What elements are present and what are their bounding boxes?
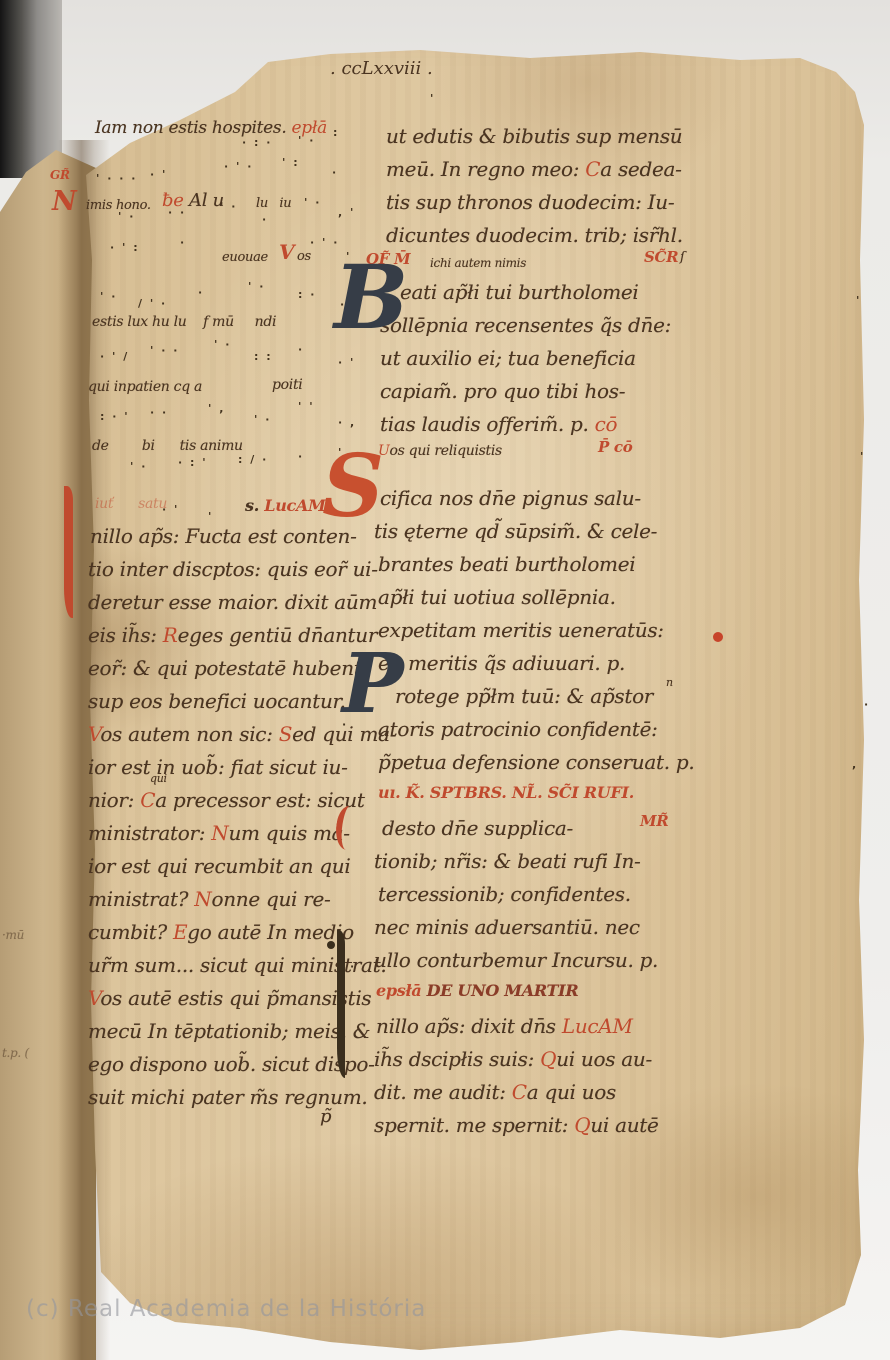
text-line: s. LucAM bbox=[245, 496, 326, 515]
text-line: ih̃s dscipłis suis: Qui uos au- bbox=[374, 1047, 652, 1071]
text-segment: dicuntes duodecim. trib; isr̃hl. bbox=[386, 223, 683, 247]
text-line: SC̃R bbox=[644, 248, 678, 266]
text-segment: epłā bbox=[292, 118, 327, 138]
text-line: ministrator: Num quis ma- bbox=[88, 821, 350, 845]
text-line: tercessionib; confidentes. bbox=[378, 882, 631, 906]
text-line: ichi autem nimis bbox=[430, 256, 526, 270]
neume-cluster: · ' : bbox=[110, 241, 140, 254]
text-line: GR̃ bbox=[50, 168, 70, 182]
text-segment: p̃petua defensione conseruat. p. bbox=[378, 750, 694, 774]
neume-cluster: · ' bbox=[150, 168, 167, 181]
text-segment: ior est qui recumbit an qui bbox=[88, 854, 350, 878]
text-line: P̄ cō bbox=[598, 438, 632, 456]
text-segment: cumbit? bbox=[88, 920, 173, 944]
neume-cluster: · bbox=[198, 286, 204, 299]
text-line: Iam non estis hospites. epłā bbox=[95, 118, 327, 138]
text-line: Vos autē estis qui p̃mansistis bbox=[88, 986, 371, 1010]
text-line: deretur esse maior. dixit aūm bbox=[88, 590, 377, 614]
text-segment: estis lux hu lu f mū ndi bbox=[92, 314, 276, 330]
text-segment: tercessionib; confidentes. bbox=[378, 882, 631, 906]
text-segment: eis ih̃s: bbox=[88, 623, 163, 647]
text-segment: nillo ap̃s: dixit dn̄s bbox=[376, 1014, 562, 1038]
text-segment: V bbox=[88, 986, 100, 1010]
text-line: eor̃: & qui potestatē hubent bbox=[88, 656, 362, 680]
text-line: MR̃ bbox=[640, 812, 668, 830]
initial-I-dark-dot bbox=[327, 941, 335, 949]
text-segment: nec minis aduersantiū. nec bbox=[374, 915, 640, 939]
text-segment: Al u bbox=[189, 190, 224, 211]
text-segment: imis hono. bbox=[86, 198, 155, 213]
text-line: qui inpatien cq a bbox=[88, 379, 202, 395]
neume-cluster: ' ' bbox=[298, 400, 315, 413]
neume-cluster: ' bbox=[430, 92, 435, 105]
text-segment: ministrator: bbox=[88, 821, 211, 845]
text-segment: ƀe bbox=[162, 190, 189, 211]
neume-cluster: · : ' bbox=[178, 456, 208, 469]
text-line: euouae bbox=[222, 250, 268, 265]
text-segment: iuť satu bbox=[95, 496, 167, 512]
text-line: expetitam meritis ueneratūs: bbox=[378, 618, 664, 642]
text-segment: Q bbox=[540, 1047, 556, 1071]
text-line: ego dispono uob̃. sicut dispo- bbox=[88, 1052, 375, 1076]
text-segment: tis sup thronos duodecim: Iu- bbox=[386, 190, 674, 214]
text-segment: ut auxilio ei; tua beneficia bbox=[380, 346, 636, 370]
text-segment: C bbox=[585, 157, 600, 181]
text-segment: nior: bbox=[88, 788, 140, 812]
text-line: tionib; nr̃is: & beati rufi In- bbox=[374, 849, 641, 873]
text-line: eati ap̃łi tui burtholomei bbox=[400, 280, 639, 304]
neume-cluster: · · bbox=[150, 406, 168, 419]
text-segment: tio inter discptos: quis eor̃ ui- bbox=[88, 557, 378, 581]
neume-cluster: · bbox=[180, 236, 186, 249]
text-segment: N bbox=[211, 821, 228, 845]
text-line: atoris patrocinio confidentē: bbox=[378, 717, 658, 741]
text-line: nillo ap̃s: Fucta est conten- bbox=[90, 524, 357, 548]
text-segment: P̄ cō bbox=[598, 438, 632, 456]
text-line: estis lux hu lu f mū ndi bbox=[92, 314, 276, 330]
text-line: n bbox=[666, 676, 673, 689]
text-line: sup eos benefici uocantur. · bbox=[88, 689, 358, 713]
text-line: nior: Ca precessor est: sicut bbox=[88, 788, 365, 812]
text-line: eis ih̃s: Reges gentiū dn̄antur bbox=[88, 623, 377, 647]
text-segment: n bbox=[666, 676, 673, 689]
neume-cluster: · ' · bbox=[224, 160, 253, 173]
text-segment: expetitam meritis ueneratūs: bbox=[378, 618, 664, 642]
neume-cluster: ' · bbox=[214, 338, 231, 351]
text-segment: nillo ap̃s: Fucta est conten- bbox=[90, 524, 357, 548]
text-line: iuť satu bbox=[95, 496, 167, 512]
text-line: ior est qui recumbit an qui bbox=[88, 854, 350, 878]
text-segment: N bbox=[194, 887, 211, 911]
text-segment: cifica nos dn̄e pignus salu- bbox=[380, 486, 641, 510]
text-segment: DE UNO MARTIR bbox=[427, 981, 579, 1000]
text-line: p̃ bbox=[320, 1106, 331, 1127]
text-segment: ior est in uob̃: fiat sicut iu- bbox=[88, 755, 348, 779]
text-segment: s. bbox=[245, 496, 264, 515]
neume-cluster: : / · bbox=[238, 453, 268, 466]
text-segment: ſ bbox=[680, 250, 685, 265]
text-segment: V bbox=[279, 240, 294, 264]
text-segment: Iam non estis hospites. bbox=[95, 118, 292, 138]
text-segment: tis ęterne qd̃ sūpsim̃. & cele- bbox=[374, 519, 657, 543]
text-segment: GR̃ bbox=[50, 168, 70, 182]
text-line: qui bbox=[150, 772, 167, 785]
neume-cluster: ' bbox=[208, 510, 213, 523]
text-segment: tionib; nr̃is: & beati rufi In- bbox=[374, 849, 641, 873]
text-line: tio inter discptos: quis eor̃ ui- bbox=[88, 557, 378, 581]
text-segment: LucAM bbox=[264, 496, 325, 515]
text-segment: C bbox=[140, 788, 155, 812]
text-segment: os autem non sic: bbox=[100, 722, 278, 746]
neume-cluster: ' · bbox=[130, 460, 147, 473]
neume-cluster: ' · · bbox=[150, 344, 179, 357]
text-segment: os bbox=[297, 249, 311, 264]
neume-cluster: ' · · · bbox=[96, 172, 137, 185]
text-segment: SC̃R bbox=[644, 248, 678, 266]
text-line: sollēpnia recensentes q̃s dn̄e: bbox=[380, 313, 671, 337]
neume-cluster: ' bbox=[860, 450, 865, 463]
text-segment: ichi autem nimis bbox=[430, 256, 526, 270]
neume-cluster: ' · bbox=[248, 280, 265, 293]
text-segment: cō bbox=[595, 412, 618, 436]
text-line: ſ bbox=[680, 250, 685, 265]
text-segment: de bi tis animu bbox=[92, 438, 243, 454]
text-segment: Q bbox=[574, 1113, 590, 1137]
text-line: desto dn̄e supplica- bbox=[382, 816, 573, 840]
neume-cluster: ' · bbox=[100, 290, 117, 303]
text-segment: ih̃s dscipłis suis: bbox=[374, 1047, 540, 1071]
neume-cluster: · bbox=[864, 698, 870, 711]
text-segment: dit. me audit: bbox=[374, 1080, 512, 1104]
text-segment: desto dn̄e supplica- bbox=[382, 816, 573, 840]
neume-cluster: / ' · bbox=[138, 297, 167, 310]
text-line: ·mū bbox=[2, 928, 24, 942]
text-segment: meū. In regno meo: bbox=[386, 157, 585, 181]
text-segment: LucAM bbox=[562, 1014, 633, 1038]
neume-cluster: ' · bbox=[254, 413, 271, 426]
neume-cluster: · ' / bbox=[100, 350, 129, 363]
text-line: t.p. ( bbox=[2, 1046, 29, 1060]
neume-cluster: · bbox=[298, 450, 304, 463]
text-segment: mecū In tēptationib; meis. & bbox=[88, 1019, 370, 1043]
text-line: ut edutis & bibutis sup mensū bbox=[386, 124, 682, 148]
text-segment: rotege pp̃łm tuū: & ap̃stor bbox=[395, 684, 653, 708]
text-line: imis hono. bbox=[86, 198, 155, 213]
neume-cluster: : · bbox=[298, 288, 316, 301]
text-line: dit. me audit: Ca qui uos bbox=[374, 1080, 616, 1104]
text-segment: spernit. me spernit: bbox=[374, 1113, 574, 1137]
text-segment: atoris patrocinio confidentē: bbox=[378, 717, 658, 741]
text-line: cifica nos dn̄e pignus salu- bbox=[380, 486, 641, 510]
text-line: ministrat? Nonne qui re- bbox=[88, 887, 330, 911]
initial-P-dark: P bbox=[342, 648, 404, 722]
text-segment: poiti bbox=[272, 377, 302, 393]
text-segment: epsłā bbox=[376, 981, 427, 1000]
text-segment: R bbox=[163, 623, 178, 647]
text-segment: qui inpatien cq a bbox=[88, 379, 202, 395]
text-segment: p̃ bbox=[320, 1106, 331, 1127]
text-segment: ei; meritis q̃s adiuuari. p. bbox=[378, 651, 625, 675]
text-segment: euouae bbox=[222, 250, 268, 265]
neume-cluster: ' : bbox=[282, 156, 300, 169]
text-segment: ullo conturbemur Incursu. p. bbox=[374, 948, 658, 972]
neume-cluster: , ' bbox=[338, 206, 355, 219]
neume-cluster: · bbox=[262, 213, 268, 226]
neume-cluster: · , bbox=[338, 416, 356, 429]
text-segment: N bbox=[52, 186, 76, 217]
text-segment: capiam̃. pro quo tibi hos- bbox=[380, 379, 625, 403]
text-segment: ui uos au- bbox=[556, 1047, 652, 1071]
text-line: uı. K̃. SPTBRS. NL̃. SC̃I RUFI. bbox=[378, 783, 634, 802]
text-line: brantes beati burtholomei bbox=[378, 552, 635, 576]
text-segment: os qui reliquistis bbox=[390, 443, 502, 459]
text-segment: sup eos benefici uocantur. · bbox=[88, 689, 358, 713]
text-line: dicuntes duodecim. trib; isr̃hl. bbox=[386, 223, 683, 247]
text-line: poiti bbox=[272, 377, 302, 393]
facing-page-edge bbox=[0, 0, 96, 1360]
text-line: rotege pp̃łm tuū: & ap̃stor bbox=[395, 684, 653, 708]
text-segment: ap̃łi tui uotiua sollēpnia. bbox=[378, 585, 616, 609]
text-line: nillo ap̃s: dixit dn̄s LucAM bbox=[376, 1014, 633, 1038]
text-line: epsłā DE UNO MARTIR bbox=[376, 981, 578, 1000]
neume-cluster: · bbox=[332, 166, 338, 179]
neume-cluster: · bbox=[298, 343, 304, 356]
neume-cluster: ' · bbox=[304, 196, 321, 209]
text-segment: qui bbox=[150, 772, 167, 785]
text-segment: eati ap̃łi tui burtholomei bbox=[400, 280, 639, 304]
text-line: ap̃łi tui uotiua sollēpnia. bbox=[378, 585, 616, 609]
text-segment: V bbox=[88, 722, 100, 746]
manuscript-photo: · : ·' ·:' · · ·· '· ' ·' :·' ·· ·' ··' … bbox=[0, 0, 890, 1360]
text-segment: E bbox=[173, 920, 187, 944]
text-segment: C bbox=[512, 1080, 527, 1104]
neume-cluster: ' bbox=[856, 294, 861, 307]
neume-cluster: : : bbox=[254, 350, 273, 363]
text-line: cumbit? Ego autē In medio bbox=[88, 920, 354, 944]
folio-number: . ccLxxviii . bbox=[330, 58, 433, 79]
text-segment: a precessor est: sicut bbox=[155, 788, 364, 812]
text-line: ullo conturbemur Incursu. p. bbox=[374, 948, 658, 972]
text-segment: ·mū bbox=[2, 928, 24, 942]
text-segment: onne qui re- bbox=[211, 887, 330, 911]
text-segment: ut edutis & bibutis sup mensū bbox=[386, 124, 682, 148]
text-segment: brantes beati burtholomei bbox=[378, 552, 635, 576]
text-segment: lu iu bbox=[256, 196, 291, 211]
initial-I-red bbox=[64, 486, 73, 618]
text-line: os bbox=[297, 249, 311, 264]
neume-cluster: ' , bbox=[208, 402, 225, 415]
text-line: ut auxilio ei; tua beneficia bbox=[380, 346, 636, 370]
text-segment: ui autē bbox=[590, 1113, 658, 1137]
text-segment: deretur esse maior. dixit aūm bbox=[88, 590, 377, 614]
text-line: ei; meritis q̃s adiuuari. p. bbox=[378, 651, 625, 675]
initial-I-dark bbox=[337, 930, 345, 1078]
text-line: p̃petua defensione conseruat. p. bbox=[378, 750, 694, 774]
neume-cluster: · ' bbox=[338, 356, 355, 369]
text-segment: MR̃ bbox=[640, 812, 668, 830]
neume-cluster: : bbox=[333, 126, 339, 139]
text-line: ior est in uob̃: fiat sicut iu- bbox=[88, 755, 348, 779]
text-segment: a sedea- bbox=[600, 157, 681, 181]
text-segment: eor̃: & qui potestatē hubent bbox=[88, 656, 362, 680]
text-line: tis ęterne qd̃ sūpsim̃. & cele- bbox=[374, 519, 657, 543]
text-segment: um quis ma- bbox=[228, 821, 349, 845]
text-segment: ministrat? bbox=[88, 887, 194, 911]
text-line: Uos qui reliquistis bbox=[378, 443, 502, 459]
text-segment: uı. K̃. SPTBRS. NL̃. SC̃I RUFI. bbox=[378, 783, 634, 802]
text-segment: a qui uos bbox=[527, 1080, 616, 1104]
text-line: spernit. me spernit: Qui autē bbox=[374, 1113, 659, 1137]
initial-B-dark: B bbox=[334, 258, 408, 337]
text-line: mecū In tēptationib; meis. & bbox=[88, 1019, 370, 1043]
initial-S-red: S bbox=[322, 448, 384, 525]
text-segment: S bbox=[279, 722, 292, 746]
text-line: nec minis aduersantiū. nec bbox=[374, 915, 640, 939]
text-line: lu iu bbox=[256, 196, 291, 211]
text-segment: os autē estis qui p̃mansistis bbox=[100, 986, 371, 1010]
text-line: V bbox=[279, 240, 294, 264]
text-segment: tias laudis offerim̃. p. bbox=[380, 412, 595, 436]
text-line: tias laudis offerim̃. p. cō bbox=[380, 412, 617, 436]
text-segment: t.p. ( bbox=[2, 1046, 29, 1060]
text-line: N bbox=[52, 186, 76, 217]
neume-cluster: : · ' bbox=[100, 410, 130, 423]
text-segment: sollēpnia recensentes q̃s dn̄e: bbox=[380, 313, 671, 337]
neume-cluster: , bbox=[852, 758, 858, 771]
text-line: meū. In regno meo: Ca sedea- bbox=[386, 157, 682, 181]
text-line: tis sup thronos duodecim: Iu- bbox=[386, 190, 674, 214]
background-slot bbox=[0, 0, 62, 178]
text-line: de bi tis animu bbox=[92, 438, 243, 454]
text-line: ƀe Al u bbox=[162, 190, 224, 211]
text-segment: ego dispono uob̃. sicut dispo- bbox=[88, 1052, 375, 1076]
copyright-watermark: (c) Real Academia de la História bbox=[26, 1296, 426, 1322]
red-margin-dot bbox=[713, 632, 723, 642]
text-line: capiam̃. pro quo tibi hos- bbox=[380, 379, 625, 403]
